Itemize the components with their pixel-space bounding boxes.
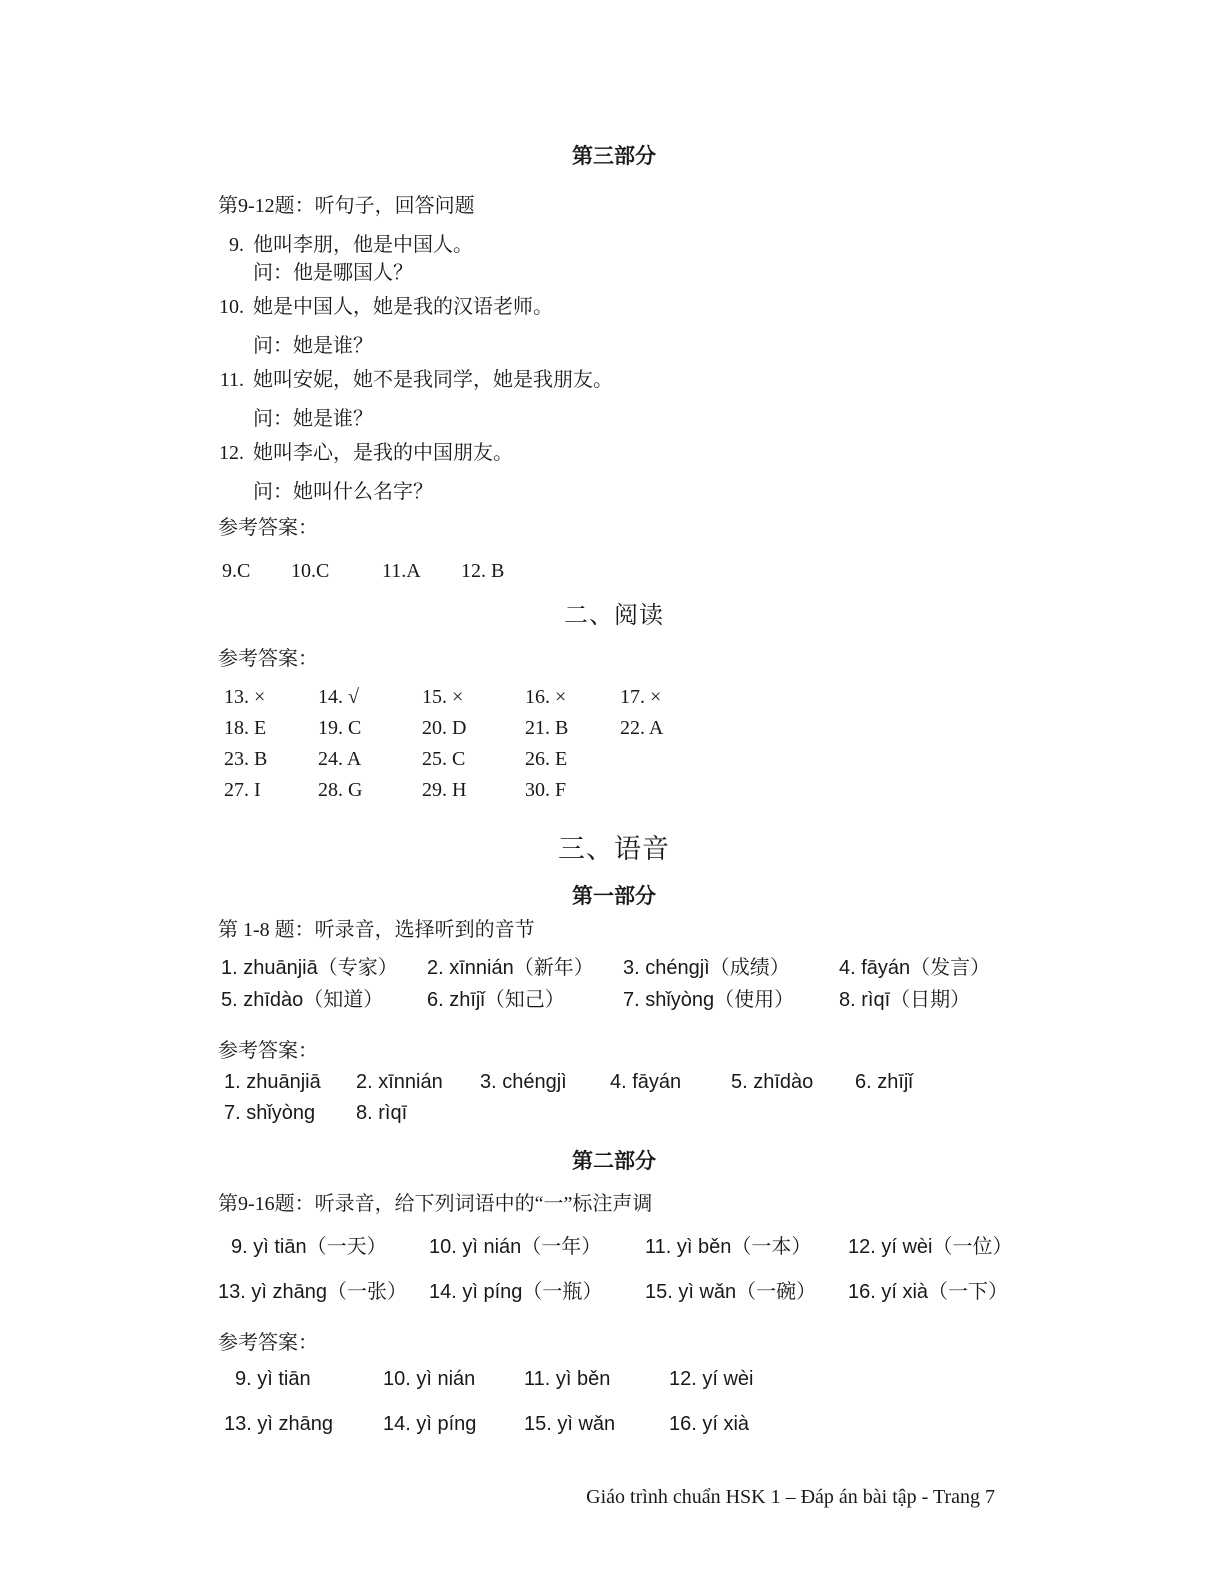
listening-answers-row: 9.C 10.C 11.A 12. B	[218, 557, 1010, 585]
pinyin-answer-cell-9: 9. yì tiān	[224, 1364, 383, 1394]
pinyin-answer-cell-5: 5. zhīdào	[731, 1067, 855, 1098]
answer-cell-10: 10.C	[291, 557, 382, 585]
answer-cell-18: 18. E	[224, 713, 318, 744]
pinyin-answers-row-1: 1. zhuānjiā 2. xīnnián 3. chéngjì 4. fāy…	[224, 1067, 1010, 1098]
qa-sentence-line: 9. 他叫李朋，他是中国人。	[218, 231, 1010, 259]
qa-item-11: 11. 她叫安妮，她不是我同学，她是我朋友。 问：她是谁？	[218, 366, 1010, 433]
subsection-title-part2: 第二部分	[218, 1146, 1010, 1176]
page-content: 第三部分 第9-12题：听句子，回答问题 9. 他叫李朋，他是中国人。 问：他是…	[218, 0, 1010, 1454]
answer-cell-17: 17. ×	[620, 682, 1010, 713]
answer-cell-16: 16. ×	[525, 682, 620, 713]
listening-question-list: 9. 他叫李朋，他是中国人。 问：他是哪国人？ 10. 她是中国人，她是我的汉语…	[218, 231, 1010, 506]
answer-cell-24: 24. A	[318, 744, 422, 775]
qa-question: 问：他是哪国人？	[253, 259, 1010, 287]
pinyin-answer-cell-2: 2. xīnnián	[356, 1067, 480, 1098]
exercise-cell-2: 2. xīnnián（新年）	[427, 952, 623, 984]
qa-item-12: 12. 她叫李心，是我的中国朋友。 问：她叫什么名字？	[218, 439, 1010, 506]
reference-answers-label: 参考答案：	[218, 645, 1010, 673]
qa-question: 问：她叫什么名字？	[253, 478, 1010, 506]
pinyin-answer-cell-16: 16. yí xià	[669, 1409, 1010, 1439]
exercise-cell-11: 11. yì běn（一本）	[645, 1232, 848, 1262]
document-page: { "listening_part3": { "title": "第三部分", …	[0, 0, 1225, 1585]
reading-answers-row-1: 13. × 14. √ 15. × 16. × 17. ×	[224, 682, 1010, 713]
pinyin-answer-cell-12: 12. yí wèi	[669, 1364, 1010, 1394]
section-title-phonetics: 三、语音	[218, 830, 1010, 868]
qa-sentence: 她叫安妮，她不是我同学，她是我朋友。	[253, 366, 613, 394]
answer-cell-19: 19. C	[318, 713, 422, 744]
phonetics-part2-exercise-grid: 9. yì tiān（一天） 10. yì nián（一年） 11. yì bě…	[218, 1232, 1010, 1307]
answer-cell-20: 20. D	[422, 713, 525, 744]
exercise-cell-8: 8. rìqī（日期）	[839, 984, 1010, 1016]
exercise-cell-14: 14. yì píng（一瓶）	[429, 1277, 645, 1307]
pinyin-answer-cell-8: 8. rìqī	[356, 1098, 480, 1129]
pinyin-answer-cell-3: 3. chéngjì	[480, 1067, 610, 1098]
phonetics-part1-answers-grid: 1. zhuānjiā 2. xīnnián 3. chéngjì 4. fāy…	[218, 1067, 1010, 1129]
qa-number: 12.	[218, 439, 244, 467]
reference-answers-label: 参考答案：	[218, 1329, 1010, 1357]
answer-cell-9: 9.C	[222, 557, 291, 585]
qa-number: 10.	[218, 293, 244, 321]
exercise-cell-9: 9. yì tiān（一天）	[218, 1232, 429, 1262]
pinyin-answer-cell-10: 10. yì nián	[383, 1364, 524, 1394]
qa-sentence-line: 11. 她叫安妮，她不是我同学，她是我朋友。	[218, 366, 1010, 394]
reading-answers-grid: 13. × 14. √ 15. × 16. × 17. × 18. E 19. …	[218, 682, 1010, 806]
qa-sentence-line: 12. 她叫李心，是我的中国朋友。	[218, 439, 1010, 467]
exercise-row-2: 5. zhīdào（知道） 6. zhījǐ（知己） 7. shǐyòng（使用…	[221, 984, 1010, 1016]
exercise-row-1: 1. zhuānjiā（专家） 2. xīnnián（新年） 3. chéngj…	[221, 952, 1010, 984]
reading-answers-row-2: 18. E 19. C 20. D 21. B 22. A	[224, 713, 1010, 744]
reading-answers-row-4: 27. I 28. G 29. H 30. F	[224, 775, 1010, 806]
exercise-row-1: 9. yì tiān（一天） 10. yì nián（一年） 11. yì bě…	[218, 1232, 1010, 1262]
qa-sentence: 她是中国人，她是我的汉语老师。	[253, 293, 553, 321]
qa-number: 11.	[218, 366, 244, 394]
qa-question: 问：她是谁？	[253, 332, 1010, 360]
answer-cell-15: 15. ×	[422, 682, 525, 713]
answer-cell-12: 12. B	[461, 557, 1010, 585]
pinyin-answer-cell-11: 11. yì běn	[524, 1364, 669, 1394]
phonetics-part1-exercise-grid: 1. zhuānjiā（专家） 2. xīnnián（新年） 3. chéngj…	[218, 952, 1010, 1016]
exercise-cell-3: 3. chéngjì（成绩）	[623, 952, 839, 984]
phonetics-part2-answers-grid: 9. yì tiān 10. yì nián 11. yì běn 12. yí…	[218, 1364, 1010, 1439]
exercise-cell-10: 10. yì nián（一年）	[429, 1232, 645, 1262]
pinyin-answer-cell-7: 7. shǐyòng	[224, 1098, 356, 1129]
pinyin-answer-cell-13: 13. yì zhāng	[224, 1409, 383, 1439]
subsection-title-part1: 第一部分	[218, 881, 1010, 911]
page-footer: Giáo trình chuẩn HSK 1 – Đáp án bài tập …	[586, 1484, 995, 1510]
exercise-cell-4: 4. fāyán（发言）	[839, 952, 1010, 984]
exercise-cell-15: 15. yì wǎn（一碗）	[645, 1277, 848, 1307]
answer-cell-30: 30. F	[525, 775, 620, 806]
answer-cell-22: 22. A	[620, 713, 1010, 744]
answer-cell-14: 14. √	[318, 682, 422, 713]
answer-cell-27: 27. I	[224, 775, 318, 806]
pinyin-answer-cell-4: 4. fāyán	[610, 1067, 731, 1098]
exercise-row-2: 13. yì zhāng（一张） 14. yì píng（一瓶） 15. yì …	[218, 1277, 1010, 1307]
exercise-cell-5: 5. zhīdào（知道）	[221, 984, 427, 1016]
reading-answers-row-3: 23. B 24. A 25. C 26. E	[224, 744, 1010, 775]
exercise-cell-7: 7. shǐyòng（使用）	[623, 984, 839, 1016]
pinyin-answer-cell-14: 14. yì píng	[383, 1409, 524, 1439]
pinyin-answers-row-1: 9. yì tiān 10. yì nián 11. yì běn 12. yí…	[224, 1364, 1010, 1394]
answer-cell-21: 21. B	[525, 713, 620, 744]
exercise-cell-13: 13. yì zhāng（一张）	[218, 1277, 429, 1307]
answer-cell-26: 26. E	[525, 744, 620, 775]
answer-cell-13: 13. ×	[224, 682, 318, 713]
exercise-cell-16: 16. yí xià（一下）	[848, 1277, 1010, 1307]
qa-number: 9.	[218, 231, 244, 259]
reference-answers-label: 参考答案：	[218, 514, 1010, 542]
answer-cell-28: 28. G	[318, 775, 422, 806]
reference-answers-label: 参考答案：	[218, 1037, 1010, 1065]
section-title-reading: 二、阅读	[218, 599, 1010, 633]
exercise-cell-12: 12. yí wèi（一位）	[848, 1232, 1010, 1262]
listening-part3-instruction: 第9-12题：听句子，回答问题	[218, 192, 1010, 220]
qa-sentence: 她叫李心，是我的中国朋友。	[253, 439, 513, 467]
qa-question: 问：她是谁？	[253, 405, 1010, 433]
qa-sentence: 他叫李朋，他是中国人。	[253, 231, 473, 259]
exercise-cell-6: 6. zhījǐ（知己）	[427, 984, 623, 1016]
qa-sentence-line: 10. 她是中国人，她是我的汉语老师。	[218, 293, 1010, 321]
pinyin-answer-cell-15: 15. yì wǎn	[524, 1409, 669, 1439]
answer-cell-25: 25. C	[422, 744, 525, 775]
pinyin-answers-row-2: 13. yì zhāng 14. yì píng 15. yì wǎn 16. …	[224, 1409, 1010, 1439]
qa-item-9: 9. 他叫李朋，他是中国人。 问：他是哪国人？	[218, 231, 1010, 287]
exercise-cell-1: 1. zhuānjiā（专家）	[221, 952, 427, 984]
phonetics-part2-instruction: 第9-16题：听录音，给下列词语中的“一”标注声调	[218, 1190, 1010, 1218]
pinyin-answer-cell-1: 1. zhuānjiā	[224, 1067, 356, 1098]
answer-cell-29: 29. H	[422, 775, 525, 806]
answer-cell-23: 23. B	[224, 744, 318, 775]
qa-item-10: 10. 她是中国人，她是我的汉语老师。 问：她是谁？	[218, 293, 1010, 360]
pinyin-answer-cell-6: 6. zhījǐ	[855, 1067, 1010, 1098]
phonetics-part1-instruction: 第 1-8 题：听录音，选择听到的音节	[218, 916, 1010, 944]
pinyin-answers-row-2: 7. shǐyòng 8. rìqī	[224, 1098, 1010, 1129]
answer-cell-11: 11.A	[382, 557, 461, 585]
section-title-part3: 第三部分	[218, 141, 1010, 171]
